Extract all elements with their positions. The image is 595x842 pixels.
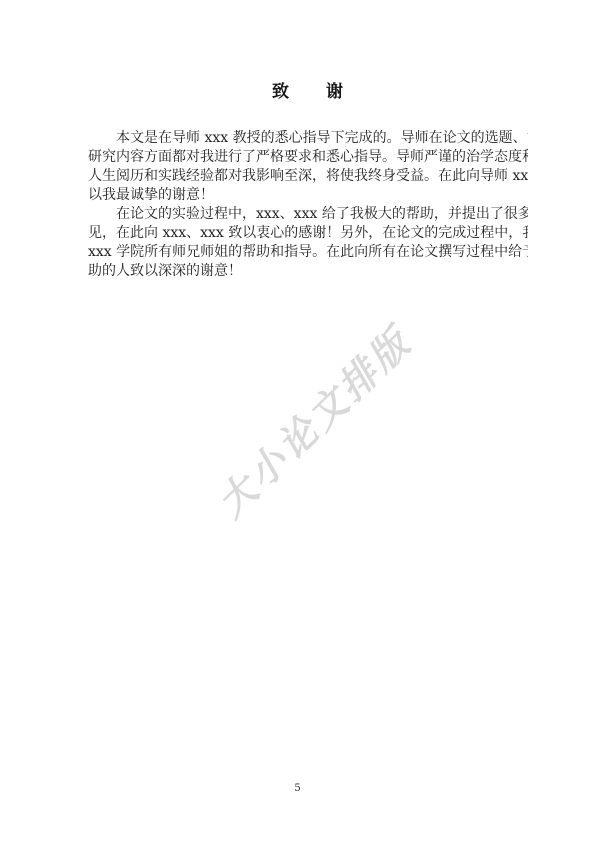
body-line: 本文是在导师 xxx 教授的悉心指导下完成的。导师在论文的选题、试验设计及	[88, 129, 528, 148]
document-page: 大小论文排版 致 谢 本文是在导师 xxx 教授的悉心指导下完成的。导师在论文的…	[0, 0, 595, 842]
body-line: 助的人致以深深的谢意！	[88, 262, 528, 281]
body-line: 研究内容方面都对我进行了严格要求和悉心指导。导师严谨的治学态度和丰富的	[88, 148, 528, 167]
watermark-text: 大小论文排版	[202, 313, 421, 528]
body-line: 见，在此向 xxx、xxx 致以衷心的感谢！另外，在论文的完成过程中，我也得到了	[88, 224, 528, 243]
page-title: 致 谢	[88, 82, 528, 102]
page-content: 致 谢 本文是在导师 xxx 教授的悉心指导下完成的。导师在论文的选题、试验设计…	[88, 82, 528, 281]
body-line: 以我最诚挚的谢意！	[88, 186, 528, 205]
body-paragraphs: 本文是在导师 xxx 教授的悉心指导下完成的。导师在论文的选题、试验设计及研究内…	[88, 129, 528, 281]
body-line: 人生阅历和实践经验都对我影响至深，将使我终身受益。在此向导师 xxx 教授致	[88, 167, 528, 186]
body-line: 在论文的实验过程中，xxx、xxx 给了我极大的帮助，并提出了很多宝贵的意	[88, 205, 528, 224]
page-number: 5	[0, 783, 595, 794]
body-line: xxx 学院所有师兄师姐的帮助和指导。在此向所有在论文撰写过程中给予我无私帮	[88, 243, 528, 262]
